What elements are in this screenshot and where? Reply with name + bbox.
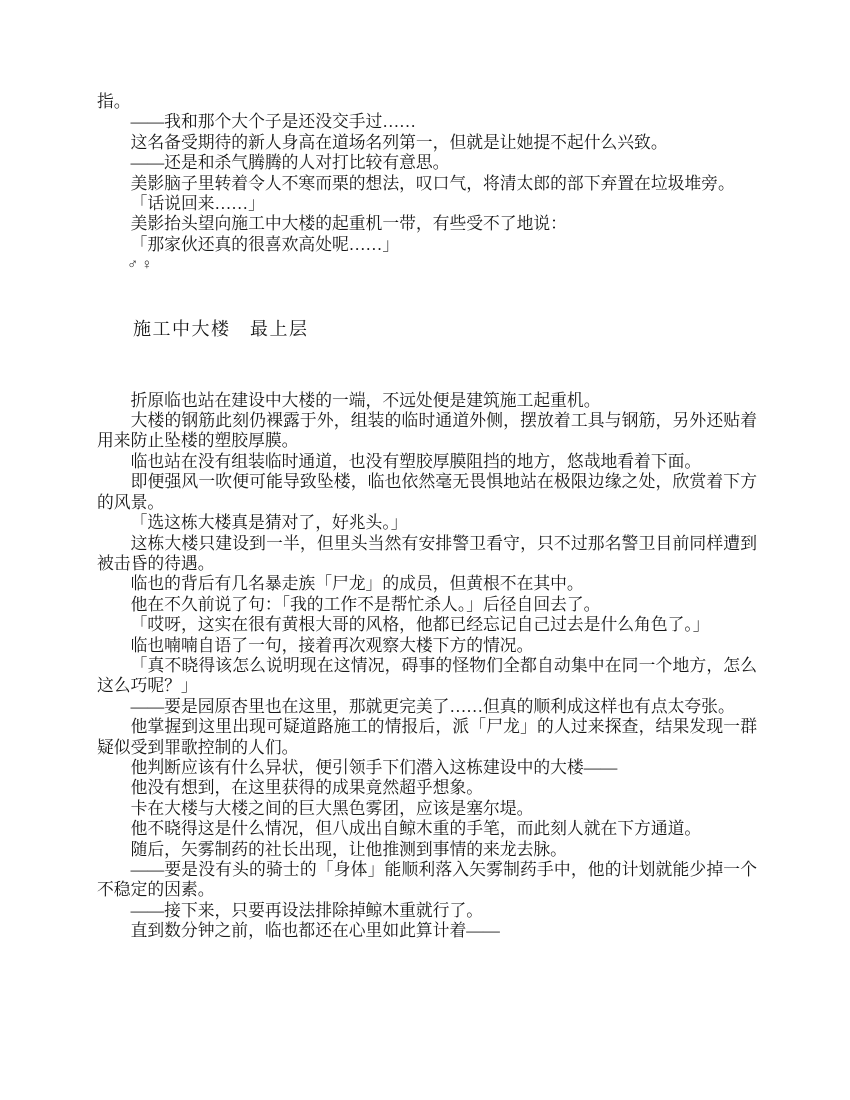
prev-scene-section: 指。 ——我和那个大个子是还没交手过…… 这名备受期待的新人身高在道场名列第一，… [97, 92, 757, 255]
prose-line: ——还是和杀气腾腾的人对打比较有意思。 [97, 153, 757, 173]
inner-thought-line: ——要是没有头的骑士的「身体」能顺利落入矢雾制药手中，他的计划就能少掉一个不稳定… [97, 860, 757, 901]
prose-line: 直到数分钟之前，临也都还在心里如此算计着—— [97, 921, 757, 941]
dialogue-line: 「哎呀，这实在很有黄根大哥的风格，他都已经忘记自己过去是什么角色了。」 [97, 615, 757, 635]
prose-line: 他没有想到，在这里获得的成果竟然超乎想象。 [97, 778, 757, 798]
prose-line: 随后，矢雾制药的社长出现，让他推测到事情的来龙去脉。 [97, 840, 757, 860]
prose-line: 他不晓得这是什么情况，但八成出自鲸木重的手笔，而此刻人就在下方通道。 [97, 819, 757, 839]
inner-thought-line: ——接下来，只要再设法排除掉鲸木重就行了。 [97, 901, 757, 921]
main-scene-section: 折原临也站在建设中大楼的一端，不远处便是建筑施工起重机。 大楼的钢筋此刻仍裸露于… [97, 391, 757, 942]
prose-line: 临也的背后有几名暴走族「尸龙」的成员，但黄根不在其中。 [97, 574, 757, 594]
inner-thought-line: ——要是园原杏里也在这里，那就更完美了……但真的顺利成这样也有点太夸张。 [97, 697, 757, 717]
prose-line: 大楼的钢筋此刻仍裸露于外，组装的临时通道外侧，摆放着工具与钢筋，另外还贴着用来防… [97, 411, 757, 452]
prose-line: 即便强风一吹便可能导致坠楼，临也依然毫无畏惧地站在极限边缘之处，欣赏着下方的风景… [97, 472, 757, 513]
dialogue-line: 「那家伙还真的很喜欢高处呢……」 [97, 235, 757, 255]
prose-line: 这栋大楼只建设到一半，但里头当然有安排警卫看守，只不过那名警卫目前同样遭到被击昏… [97, 534, 757, 575]
scene-break-symbol: ♂♀ [97, 255, 757, 275]
prose-line: 卡在大楼与大楼之间的巨大黑色雾团，应该是塞尔堤。 [97, 799, 757, 819]
prose-line: 他掌握到这里出现可疑道路施工的情报后，派「尸龙」的人过来探查，结果发现一群疑似受… [97, 717, 757, 758]
prose-line: ——我和那个大个子是还没交手过…… [97, 112, 757, 132]
prose-line: 指。 [97, 92, 757, 112]
novel-page: 指。 ——我和那个大个子是还没交手过…… 这名备受期待的新人身高在道场名列第一，… [97, 92, 757, 942]
prose-line: 他判断应该有什么异状，便引领手下们潜入这栋建设中的大楼—— [97, 758, 757, 778]
section-heading: 施工中大楼 最上层 [97, 318, 757, 340]
prose-line: 美影脑子里转着令人不寒而栗的想法，叹口气，将清太郎的部下弃置在垃圾堆旁。 [97, 174, 757, 194]
prose-line: 临也站在没有组装临时通道，也没有塑胶厚膜阻挡的地方，悠哉地看着下面。 [97, 452, 757, 472]
prose-line: 他在不久前说了句：「我的工作不是帮忙杀人。」后径自回去了。 [97, 595, 757, 615]
dialogue-line: 「真不晓得该怎么说明现在这情况，碍事的怪物们全都自动集中在同一个地方，怎么这么巧… [97, 656, 757, 697]
prose-line: 折原临也站在建设中大楼的一端，不远处便是建筑施工起重机。 [97, 391, 757, 411]
prose-line: 临也喃喃自语了一句，接着再次观察大楼下方的情况。 [97, 636, 757, 656]
prose-line: 美影抬头望向施工中大楼的起重机一带，有些受不了地说： [97, 214, 757, 234]
dialogue-line: 「选这栋大楼真是猜对了，好兆头。」 [97, 513, 757, 533]
prose-line: 这名备受期待的新人身高在道场名列第一，但就是让她提不起什么兴致。 [97, 133, 757, 153]
dialogue-line: 「话说回来……」 [97, 194, 757, 214]
